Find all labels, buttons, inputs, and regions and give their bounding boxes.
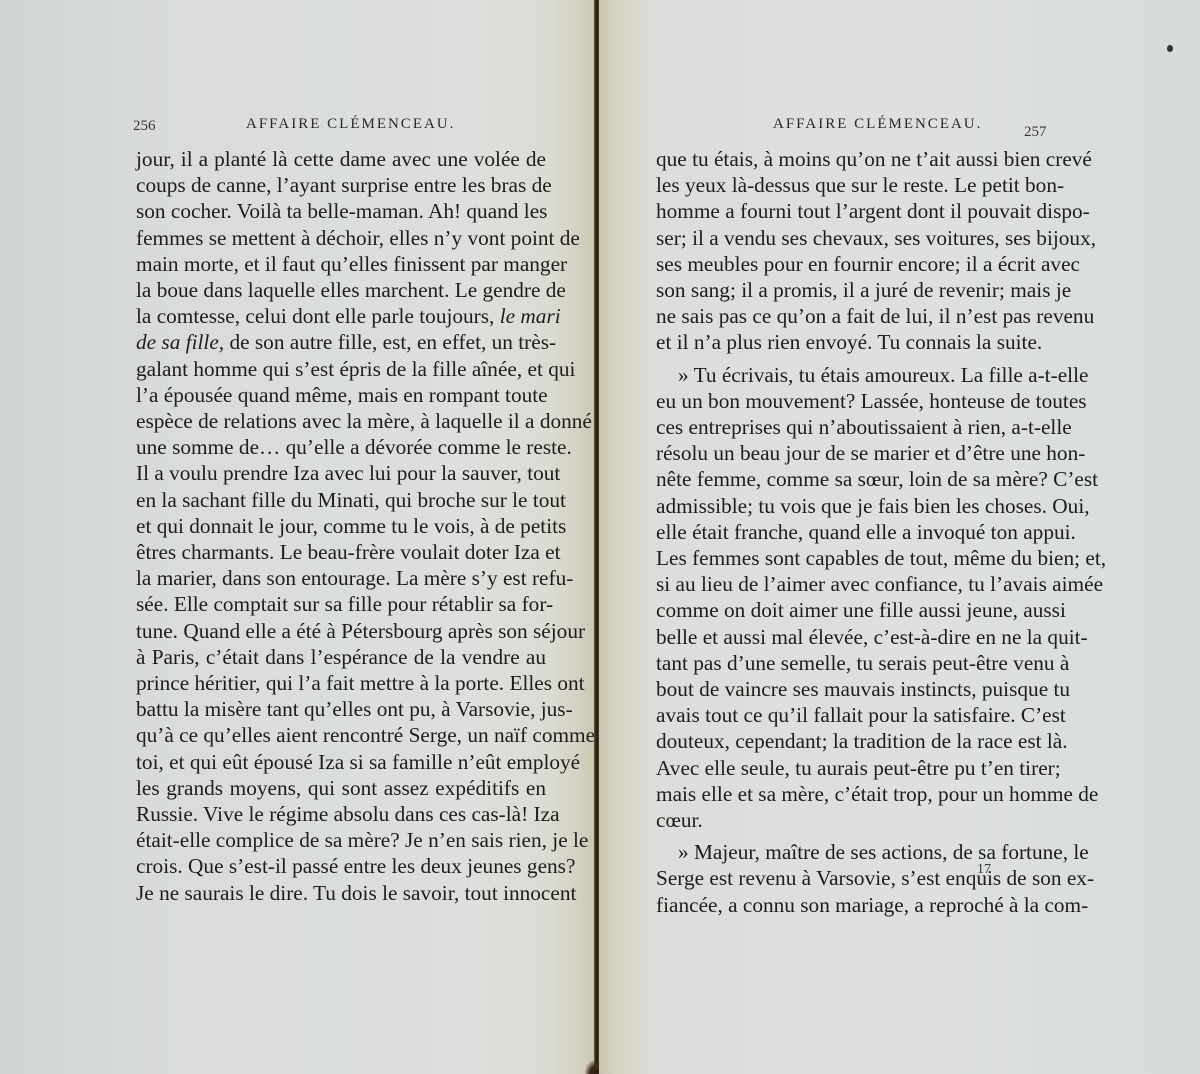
text-line: avais tout ce qu’il fallait pour la sati…: [656, 702, 1044, 728]
text-line-with-italic: la comtesse, celui dont elle parle toujo…: [136, 303, 546, 329]
left-page: 256 AFFAIRE CLÉMENCEAU. jour, il a plant…: [0, 0, 596, 1074]
running-head-right: AFFAIRE CLÉMENCEAU.: [773, 116, 982, 133]
text-line: Les femmes sont capables de tout, même d…: [656, 545, 1044, 571]
text-line: et qui donnait le jour, comme tu le vois…: [136, 513, 546, 539]
text-line: jour, il a planté là cette dame avec une…: [136, 146, 546, 172]
text-line: les grands moyens, qui sont assez expédi…: [136, 775, 546, 801]
text-line: tant pas d’une semelle, tu serais peut-ê…: [656, 650, 1044, 676]
text-line: était-elle complice de sa mère? Je n’en …: [136, 827, 546, 853]
italic-fragment: le mari: [500, 304, 561, 328]
text-line: eu un bon mouvement? Lassée, honteuse de…: [656, 388, 1044, 414]
text-line: ser; il a vendu ses chevaux, ses voiture…: [656, 225, 1044, 251]
italic-fragment: de sa fille,: [136, 330, 224, 354]
text-line: Russie. Vive le régime absolu dans ces c…: [136, 801, 546, 827]
text-line: la marier, dans son entourage. La mère s…: [136, 565, 546, 591]
text-fragment: la comtesse, celui dont elle parle toujo…: [136, 304, 494, 328]
text-line: crois. Que s’est-il passé entre les deux…: [136, 853, 546, 879]
ink-speck: [1167, 45, 1173, 52]
text-line: Il a voulu prendre Iza avec lui pour la …: [136, 460, 546, 486]
text-line: qu’à ce qu’elles aient rencontré Serge, …: [136, 722, 546, 748]
text-line: à Paris, c’était dans l’espérance de la …: [136, 644, 546, 670]
text-line: les yeux là-dessus que sur le reste. Le …: [656, 172, 1044, 198]
text-line: ses meubles pour en fournir encore; il a…: [656, 251, 1044, 277]
page-number-right: 257: [1024, 124, 1047, 141]
text-line: douteux, cependant; la tradition de la r…: [656, 728, 1044, 754]
text-line: la boue dans laquelle elles marchent. Le…: [136, 277, 546, 303]
text-line: ne sais pas ce qu’on a fait de lui, il n…: [656, 303, 1044, 329]
text-line: elle était franche, quand elle a invoqué…: [656, 519, 1044, 545]
text-line: femmes se mettent à déchoir, elles n’y v…: [136, 225, 546, 251]
right-page-body: que tu étais, à moins qu’on ne t’ait aus…: [656, 146, 1044, 918]
text-line: » Tu écrivais, tu étais amoureux. La fil…: [656, 362, 1044, 388]
text-line: une somme de… qu’elle a dévorée comme le…: [136, 434, 546, 460]
text-line: Avec elle seule, tu aurais peut-être pu …: [656, 755, 1044, 781]
text-line: main morte, et il faut qu’elles finissen…: [136, 251, 546, 277]
text-line: ces entreprises qui n’aboutissaient à ri…: [656, 414, 1044, 440]
text-line: son sang; il a promis, il a juré de reve…: [656, 277, 1044, 303]
text-line: bout de vaincre ses mauvais instincts, p…: [656, 676, 1044, 702]
left-page-body: jour, il a planté là cette dame avec une…: [136, 146, 546, 906]
text-line: cœur.: [656, 807, 1044, 833]
right-page: AFFAIRE CLÉMENCEAU. 257 que tu étais, à …: [599, 0, 1200, 1074]
text-line: l’a épousée quand même, mais en rompant …: [136, 382, 546, 408]
text-line: mais elle et sa mère, c’était trop, pour…: [656, 781, 1044, 807]
text-line: Je ne saurais le dire. Tu dois le savoir…: [136, 880, 546, 906]
text-line: tune. Quand elle a été à Pétersbourg apr…: [136, 618, 546, 644]
text-line: toi, et qui eût épousé Iza si sa famille…: [136, 749, 546, 775]
text-line: en la sachant fille du Minati, qui broch…: [136, 487, 546, 513]
text-line: son cocher. Voilà ta belle-maman. Ah! qu…: [136, 198, 546, 224]
text-line: galant homme qui s’est épris de la fille…: [136, 356, 546, 382]
text-line: sée. Elle comptait sur sa fille pour rét…: [136, 591, 546, 617]
open-book-spread: 256 AFFAIRE CLÉMENCEAU. jour, il a plant…: [0, 0, 1200, 1074]
page-number-left: 256: [133, 118, 156, 135]
text-line: admissible; tu vois que je fais bien les…: [656, 493, 1044, 519]
text-line: coups de canne, l’ayant surprise entre l…: [136, 172, 546, 198]
text-line: comme on doit aimer une fille aussi jeun…: [656, 597, 1044, 623]
text-line: et il n’a plus rien envoyé. Tu connais l…: [656, 329, 1044, 355]
text-line: nête femme, comme sa sœur, loin de sa mè…: [656, 466, 1044, 492]
text-line: homme a fourni tout l’argent dont il pou…: [656, 198, 1044, 224]
text-line: belle et aussi mal élevée, c’est-à-dire …: [656, 624, 1044, 650]
text-line-with-italic: de sa fille, de son autre fille, est, en…: [136, 329, 546, 355]
text-line: êtres charmants. Le beau-frère voulait d…: [136, 539, 546, 565]
text-line: résolu un beau jour de se marier et d’êt…: [656, 440, 1044, 466]
text-line: espèce de relations avec la mère, à laqu…: [136, 408, 546, 434]
text-line: que tu étais, à moins qu’on ne t’ait aus…: [656, 146, 1044, 172]
text-fragment: de son autre fille, est, en effet, un tr…: [229, 330, 556, 354]
text-line: prince héritier, qui l’a fait mettre à l…: [136, 670, 546, 696]
text-line: si au lieu de l’aimer avec confiance, tu…: [656, 571, 1044, 597]
text-line: battu la misère tant qu’elles ont pu, à …: [136, 696, 546, 722]
running-head-left: AFFAIRE CLÉMENCEAU.: [246, 116, 455, 133]
signature-mark: 17: [977, 862, 991, 878]
text-line: fiancée, a connu son mariage, a reproché…: [656, 892, 1044, 918]
